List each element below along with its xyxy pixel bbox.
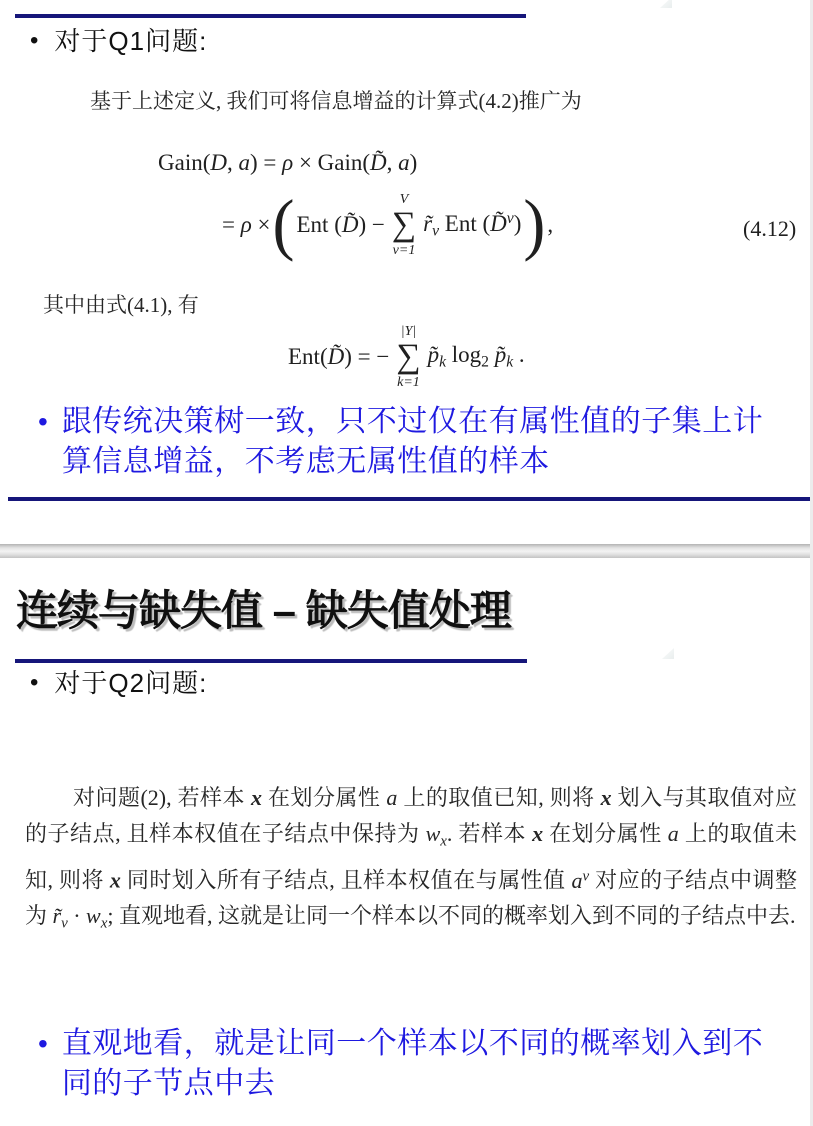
note-line: 直观地看，就是让同一个样本以不同的概率划入到不 <box>62 1024 764 1064</box>
sigma-icon: ∑ <box>396 339 420 375</box>
bullet-icon: • <box>38 402 48 442</box>
sigma-icon: ∑ <box>392 207 416 243</box>
sum-lower-limit: k=1 <box>397 375 420 390</box>
bottom-rule <box>8 497 813 501</box>
where-text: 其中由式(4.1), 有 <box>43 289 199 319</box>
body-paragraph: 对问题(2), 若样本 x 在划分属性 a 上的取值已知, 则将 x 划入与其取… <box>25 780 797 942</box>
note-q2-text: 直观地看，就是让同一个样本以不同的概率划入到不 同的子节点中去 <box>62 1024 764 1104</box>
note-line: 跟传统决策树一致，只不过仅在有属性值的子集上计 <box>62 402 764 442</box>
sum-lower-limit: v=1 <box>393 243 416 258</box>
bullet-q1-label: 对于Q1问题: <box>54 26 207 56</box>
title-rule <box>15 659 527 663</box>
summation-symbol: V ∑ v=1 <box>392 192 416 258</box>
ent-rhs: p̃k log2 p̃k . <box>428 342 525 372</box>
note-q1-text: 跟传统决策树一致，只不过仅在有属性值的子集上计 算信息增益，不考虑无属性值的样本 <box>62 402 764 482</box>
bullet-icon: • <box>30 26 38 56</box>
note-line: 同的子节点中去 <box>62 1064 764 1104</box>
open-paren: ( <box>271 188 297 262</box>
gain-weighted-term: r̃v Ent (D̃v) <box>423 210 521 241</box>
slide-1: • 对于Q1问题: 基于上述定义, 我们可将信息增益的计算式(4.2)推广为 G… <box>0 0 810 544</box>
note-line: 算信息增益，不考虑无属性值的样本 <box>62 442 764 482</box>
sum-upper-limit: V <box>400 192 409 207</box>
gain-formula-line1: Gain(D, a) = ρ × Gain(D̃, a) <box>158 150 417 176</box>
fold-corner-icon <box>662 648 674 659</box>
summation-symbol: |Y| ∑ k=1 <box>396 324 420 390</box>
trailing-comma: , <box>547 212 553 238</box>
gain-eq-prefix: = ρ × <box>222 212 271 238</box>
close-paren: ) <box>521 188 547 262</box>
bullet-q2-label: 对于Q2问题: <box>54 668 207 698</box>
bullet-item-q2: • 对于Q2问题: <box>30 668 207 698</box>
slide-title: 连续与缺失值 – 缺失值处理 <box>16 578 511 638</box>
sum-upper-limit: |Y| <box>401 324 416 339</box>
top-rule <box>15 14 526 18</box>
bullet-icon: • <box>30 668 38 698</box>
intro-text: 基于上述定义, 我们可将信息增益的计算式(4.2)推广为 <box>90 85 582 115</box>
gain-formula-line2: = ρ × ( Ent (D̃) − V ∑ v=1 r̃v Ent (D̃v)… <box>222 186 553 264</box>
bullet-item-q1: • 对于Q1问题: <box>30 26 207 56</box>
slide-2: 连续与缺失值 – 缺失值处理 • 对于Q2问题: 对问题(2), 若样本 x 在… <box>0 558 810 1126</box>
equation-number: (4.12) <box>743 216 796 242</box>
document-page: • 对于Q1问题: 基于上述定义, 我们可将信息增益的计算式(4.2)推广为 G… <box>0 0 813 1126</box>
ent-lhs: Ent(D̃) = − <box>288 344 389 370</box>
entropy-formula: Ent(D̃) = − |Y| ∑ k=1 p̃k log2 p̃k . <box>288 320 525 394</box>
note-q2: • 直观地看，就是让同一个样本以不同的概率划入到不 同的子节点中去 <box>38 1024 763 1104</box>
fold-corner-icon <box>660 0 672 8</box>
note-q1: • 跟传统决策树一致，只不过仅在有属性值的子集上计 算信息增益，不考虑无属性值的… <box>38 402 763 482</box>
gain-ent-term: Ent (D̃) − <box>297 212 385 238</box>
bullet-icon: • <box>38 1024 48 1064</box>
slide-separator <box>0 544 813 558</box>
